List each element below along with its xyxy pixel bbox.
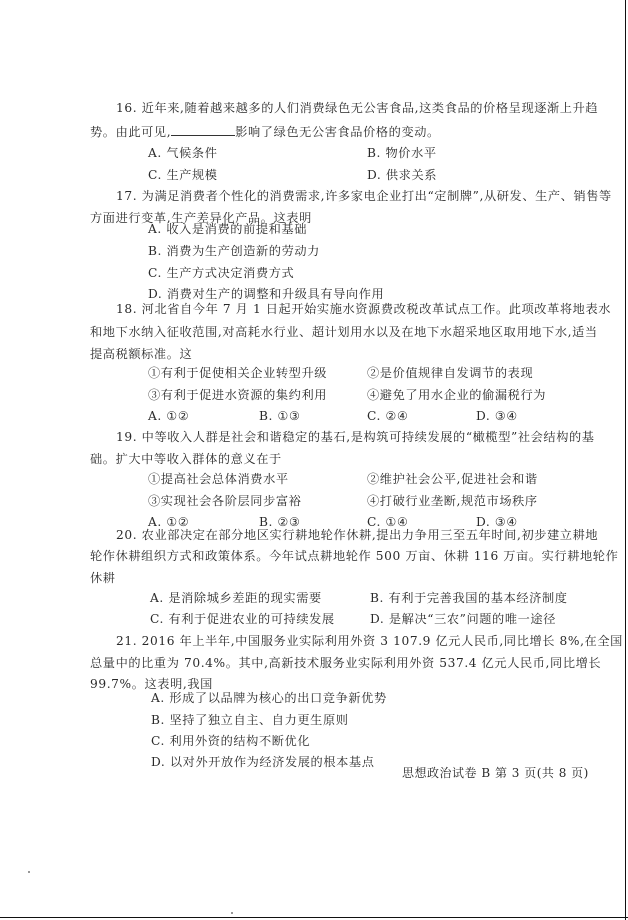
question-16-stem-line-1: 16. 近年来,随着越来越多的人们消费绿色无公害食品,这类食品的价格呈现逐渐上升… <box>116 100 598 116</box>
scan-speck <box>231 912 233 914</box>
question-20-option-b: B. 有利于完善我国的基本经济制度 <box>370 590 568 606</box>
question-16-stem-suffix: 影响了绿色无公害食品价格的变动。 <box>235 125 440 139</box>
page-footer: 思想政治试卷 B 第 3 页(共 8 页) <box>402 765 589 781</box>
question-17-option-d: D. 消费对生产的调整和升级具有导向作用 <box>148 286 384 302</box>
question-21-stem-line-2: 总量中的比重为 70.4%。其中,高新技术服务业实际利用外资 537.4 亿元人… <box>90 655 601 671</box>
question-19-statement-4: ④打破行业垄断,规范市场秩序 <box>367 493 538 509</box>
question-21-option-c: C. 利用外资的结构不断优化 <box>151 733 310 749</box>
question-18-statement-4: ④避免了用水企业的偷漏税行为 <box>367 387 546 403</box>
question-18-option-d: D. ③④ <box>476 408 518 424</box>
page-frame-right-edge <box>625 0 626 920</box>
question-18-statement-3: ③有利于促进水资源的集约利用 <box>148 387 327 403</box>
scan-speck <box>28 871 30 873</box>
question-16-stem-line-2: 势。由此可见,影响了绿色无公害食品价格的变动。 <box>90 124 440 140</box>
question-21-option-a: A. 形成了以品牌为核心的出口竞争新优势 <box>151 690 387 706</box>
question-20-stem-line-2: 轮作休耕组织方式和政策体系。今年试点耕地轮作 500 万亩、休耕 116 万亩。… <box>90 548 618 564</box>
question-20-option-c: C. 有利于促进农业的可持续发展 <box>150 611 335 627</box>
answer-blank <box>171 124 235 136</box>
question-20-stem-line-3: 休耕 <box>90 570 116 586</box>
question-16-option-c: C. 生产规模 <box>148 167 218 183</box>
question-18-statement-1: ①有利于促使相关企业转型升级 <box>148 365 327 381</box>
question-16-stem-prefix: 势。由此可见, <box>90 125 171 139</box>
question-18-option-b: B. ①③ <box>259 408 301 424</box>
question-21-stem-line-1: 21. 2016 年上半年,中国服务业实际利用外资 3 107.9 亿元人民币,… <box>116 633 623 649</box>
question-16-option-b: B. 物价水平 <box>367 145 437 161</box>
question-21-option-b: B. 坚持了独立自主、自力更生原则 <box>151 712 349 728</box>
question-18-stem-line-2: 和地下水纳入征收范围,对高耗水行业、超计划用水以及在地下水超采地区取用地下水,适… <box>90 324 598 340</box>
page-frame-bottom-edge <box>0 917 628 918</box>
question-17-option-c: C. 生产方式决定消费方式 <box>148 265 294 281</box>
question-18-stem-line-3: 提高税额标准。这 <box>90 346 192 362</box>
question-18-option-a: A. ①② <box>148 408 189 424</box>
question-19-statement-3: ③实现社会各阶层同步富裕 <box>148 493 301 509</box>
question-19-stem-line-2: 础。扩大中等收入群体的意义在于 <box>90 451 282 467</box>
question-18-option-c: C. ②④ <box>367 408 409 424</box>
question-20-option-d: D. 是解决“三农”问题的唯一途径 <box>370 611 556 627</box>
question-19-statement-2: ②维护社会公平,促进社会和谐 <box>367 471 538 487</box>
question-16-option-d: D. 供求关系 <box>367 167 437 183</box>
question-18-statement-2: ②是价值规律自发调节的表现 <box>367 365 533 381</box>
question-20-option-a: A. 是消除城乡差距的现实需要 <box>150 590 322 606</box>
question-20-stem-line-1: 20. 农业部决定在部分地区实行耕地轮作休耕,提出力争用三至五年时间,初步建立耕… <box>116 527 598 543</box>
question-17-option-a: A. 收入是消费的前提和基础 <box>148 221 307 237</box>
question-21-option-d: D. 以对外开放作为经济发展的根本基点 <box>151 754 374 770</box>
question-16-option-a: A. 气候条件 <box>148 145 218 161</box>
question-19-statement-1: ①提高社会总体消费水平 <box>148 471 289 487</box>
question-17-option-b: B. 消费为生产创造新的劳动力 <box>148 243 320 259</box>
question-18-stem-line-1: 18. 河北省自今年 7 月 1 日起开始实施水资源费改税改革试点工作。此项改革… <box>116 301 611 317</box>
question-17-stem-line-1: 17. 为满足消费者个性化的消费需求,许多家电企业打出“定制牌”,从研发、生产、… <box>116 188 612 204</box>
question-19-stem-line-1: 19. 中等收入人群是社会和谐稳定的基石,是构筑可持续发展的“橄榄型”社会结构的… <box>116 429 595 445</box>
